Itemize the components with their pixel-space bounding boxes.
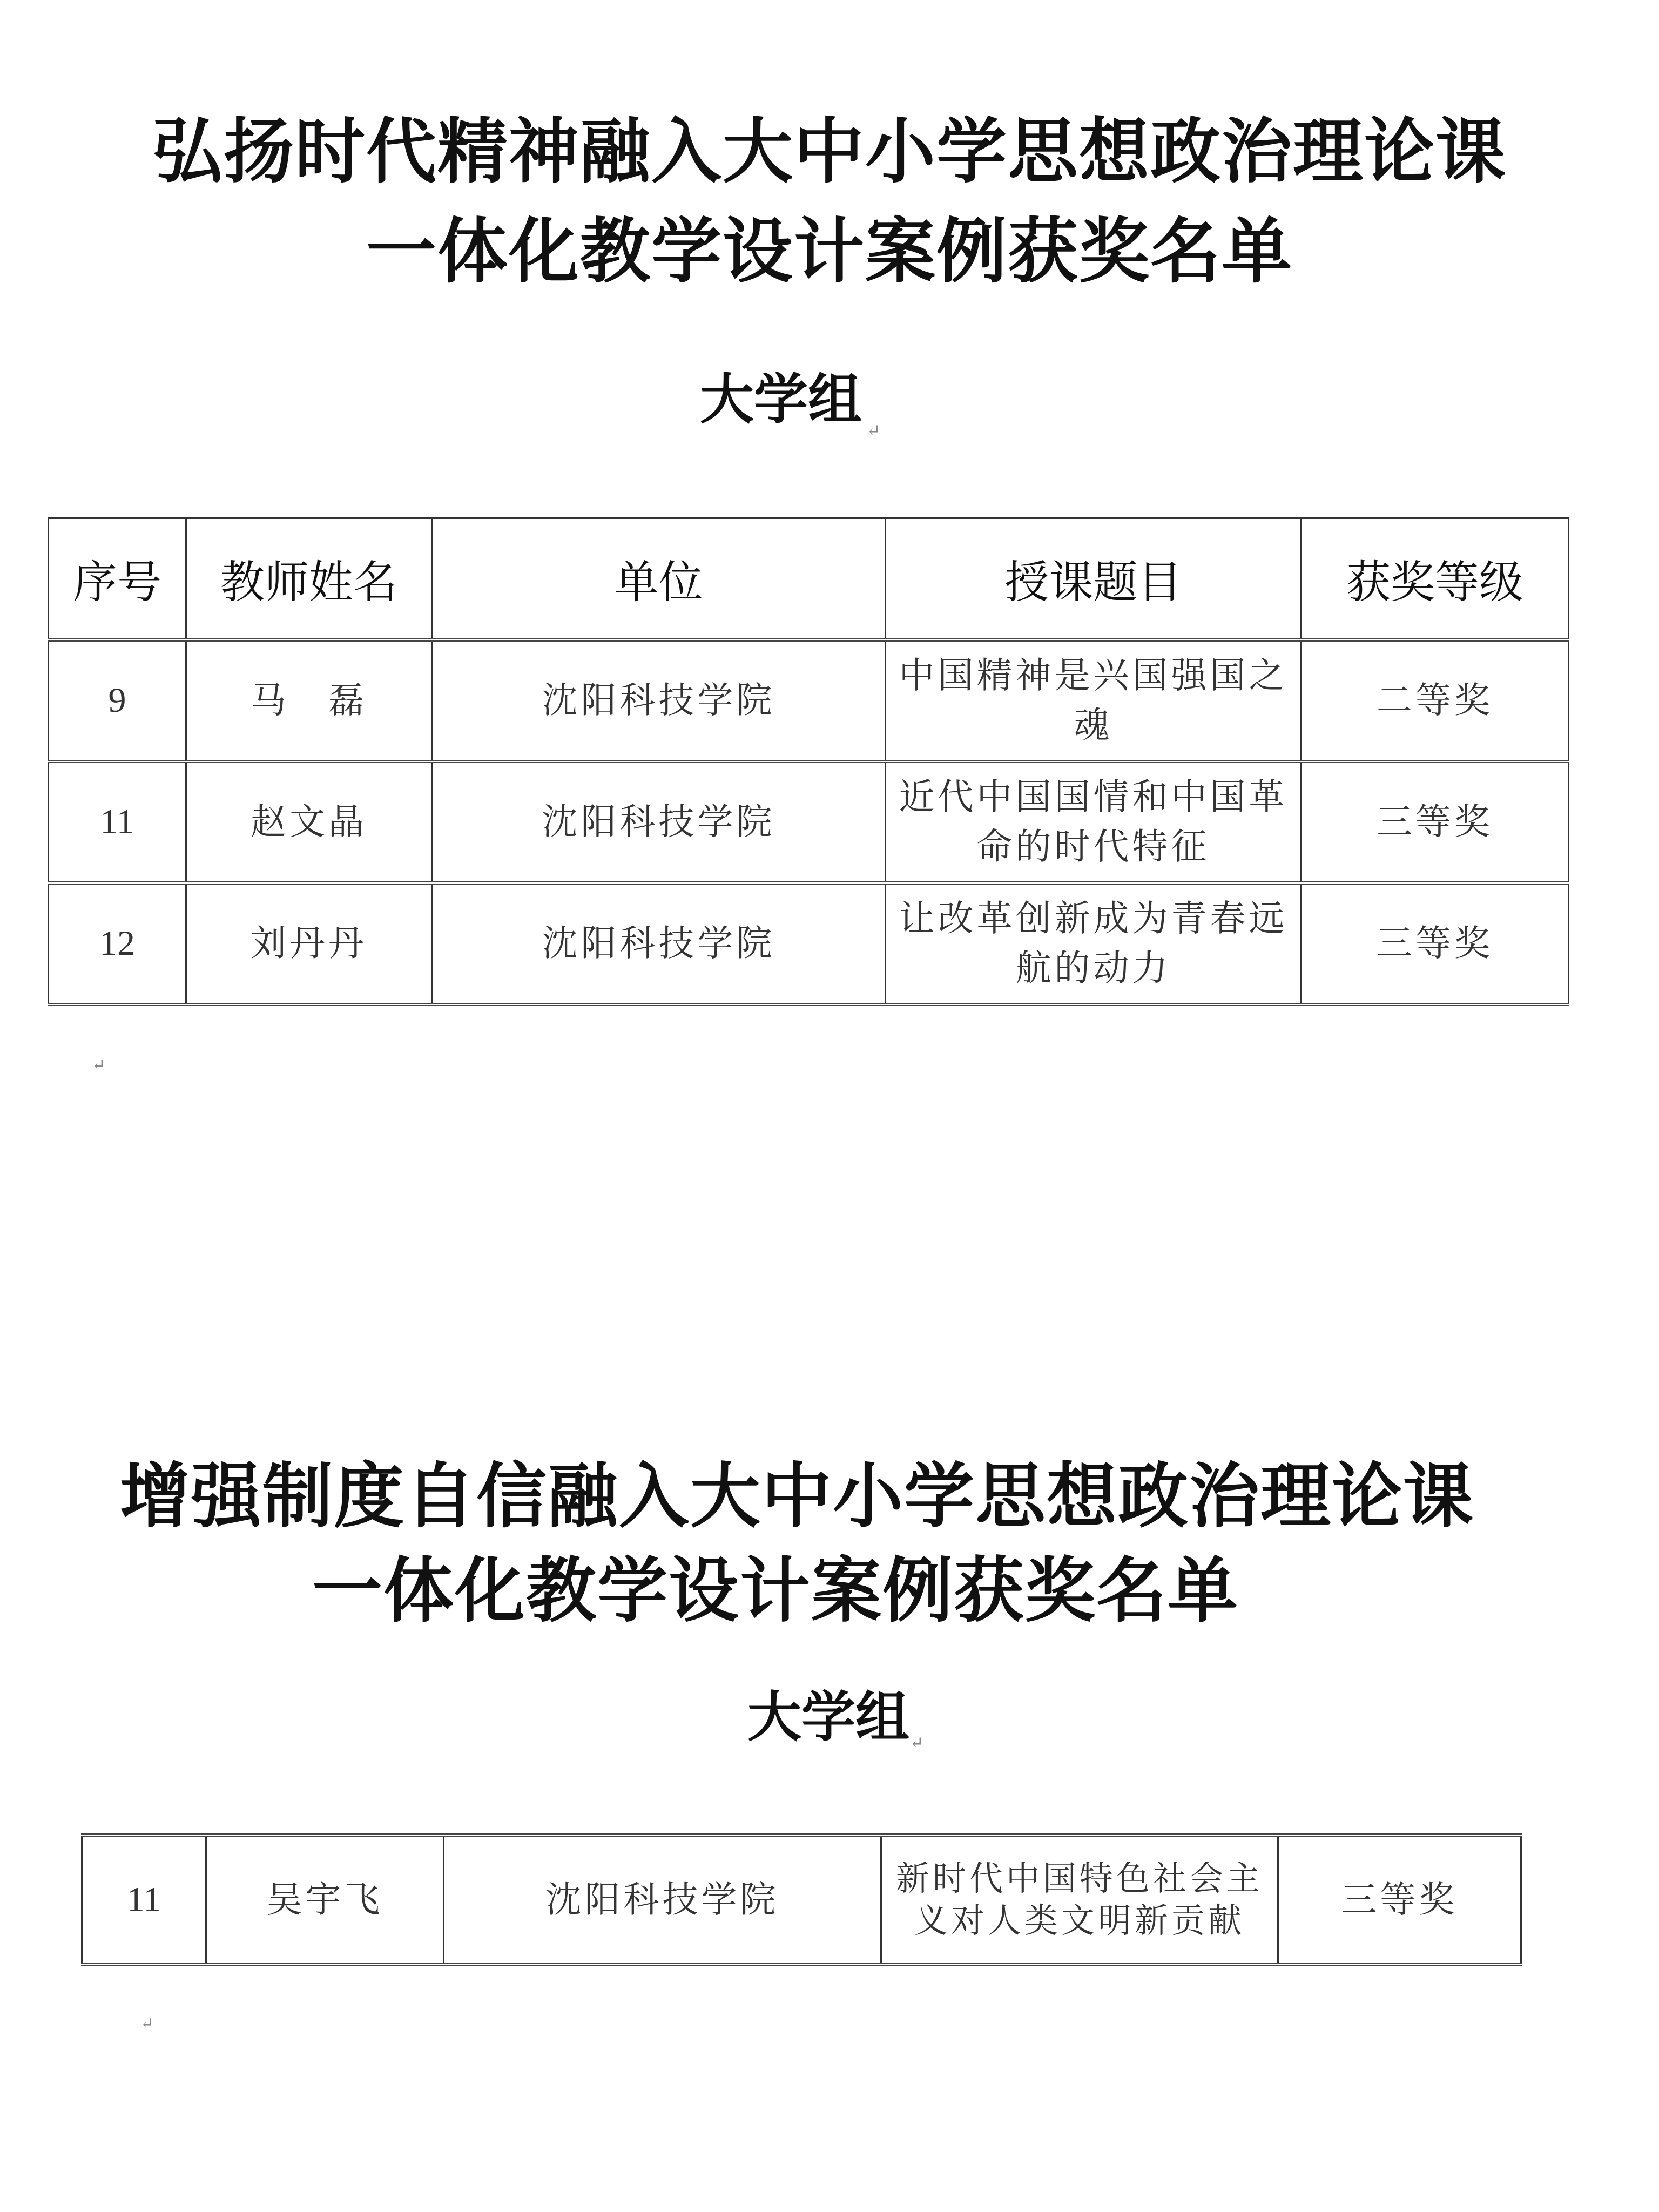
cell-unit: 沈阳科技学院 xyxy=(432,761,886,883)
header-teacher-name: 教师姓名 xyxy=(186,518,432,640)
section2-group-label: 大学组 xyxy=(0,1680,1658,1755)
cell-name: 吴宇飞 xyxy=(206,1835,444,1965)
paragraph-mark: ↵ xyxy=(867,421,880,440)
cell-name: 刘丹丹 xyxy=(186,883,432,1004)
section2-title-line2: 一体化教学设计案例获奖名单 xyxy=(0,1542,1605,1639)
section1-group-label: 大学组 xyxy=(0,362,1610,437)
section1-award-table: 序号 教师姓名 单位 授课题目 获奖等级 9 马 磊 沈阳科技学院 中国精神是兴… xyxy=(48,517,1569,1006)
cell-topic: 中国精神是兴国强国之魂 xyxy=(886,640,1301,761)
cell-award: 三等奖 xyxy=(1301,883,1569,1004)
section2-title-line1: 增强制度自信融入大中小学思想政治理论课 xyxy=(0,1447,1627,1545)
table-row: 12 刘丹丹 沈阳科技学院 让改革创新成为青春远航的动力 三等奖 xyxy=(49,883,1569,1004)
paragraph-mark: ↵ xyxy=(140,2014,154,2033)
table-row: 9 马 磊 沈阳科技学院 中国精神是兴国强国之魂 二等奖 xyxy=(49,640,1569,761)
header-unit: 单位 xyxy=(432,518,886,640)
cell-topic: 近代中国国情和中国革命的时代特征 xyxy=(886,761,1301,883)
cell-no: 11 xyxy=(82,1835,206,1965)
header-topic: 授课题目 xyxy=(886,518,1301,640)
section1-title-line1: 弘扬时代精神融入大中小学思想政治理论课 xyxy=(0,103,1659,200)
paragraph-mark: ↵ xyxy=(910,1734,923,1752)
cell-award: 三等奖 xyxy=(1301,761,1569,883)
paragraph-mark: ↵ xyxy=(92,1056,105,1075)
cell-unit: 沈阳科技学院 xyxy=(432,640,886,761)
cell-award: 二等奖 xyxy=(1301,640,1569,761)
table-row: 11 赵文晶 沈阳科技学院 近代中国国情和中国革命的时代特征 三等奖 xyxy=(49,761,1569,883)
cell-name: 马 磊 xyxy=(186,640,432,761)
cell-topic: 让改革创新成为青春远航的动力 xyxy=(886,883,1301,1004)
header-no: 序号 xyxy=(49,518,186,640)
table-row: 11 吴宇飞 沈阳科技学院 新时代中国特色社会主义对人类文明新贡献 三等奖 xyxy=(82,1835,1521,1965)
section2-award-table: 11 吴宇飞 沈阳科技学院 新时代中国特色社会主义对人类文明新贡献 三等奖 xyxy=(81,1833,1522,1966)
cell-unit: 沈阳科技学院 xyxy=(444,1835,881,1965)
cell-award: 三等奖 xyxy=(1278,1835,1521,1965)
table-header-row: 序号 教师姓名 单位 授课题目 获奖等级 xyxy=(49,518,1569,640)
cell-no: 11 xyxy=(49,761,186,883)
cell-unit: 沈阳科技学院 xyxy=(432,883,886,1004)
cell-topic: 新时代中国特色社会主义对人类文明新贡献 xyxy=(881,1835,1278,1965)
cell-no: 9 xyxy=(49,640,186,761)
cell-no: 12 xyxy=(49,883,186,1004)
cell-name: 赵文晶 xyxy=(186,761,432,883)
section1-title-line2: 一体化教学设计案例获奖名单 xyxy=(0,203,1659,300)
header-award: 获奖等级 xyxy=(1301,518,1569,640)
